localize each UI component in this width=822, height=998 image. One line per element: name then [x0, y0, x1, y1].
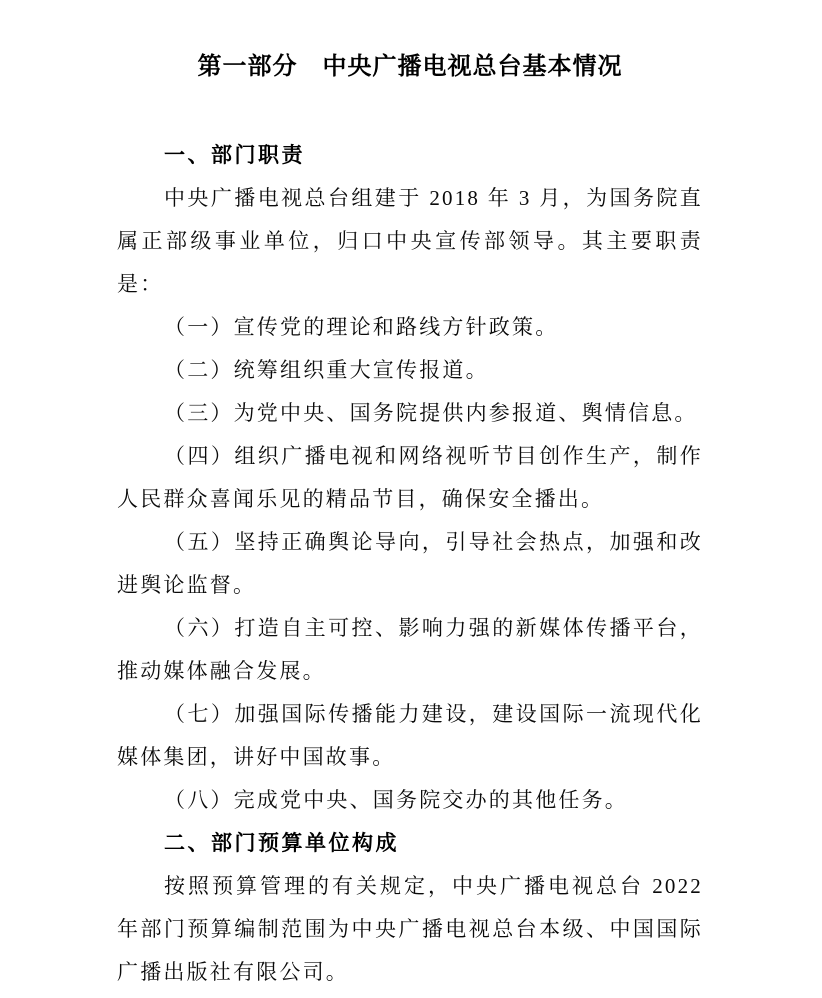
- paragraph-duty-3: （三）为党中央、国务院提供内参报道、舆情信息。: [117, 392, 703, 435]
- paragraph-duty-7: （七）加强国际传播能力建设，建设国际一流现代化媒体集团，讲好中国故事。: [117, 693, 703, 779]
- paragraph-duty-2: （二）统筹组织重大宣传报道。: [117, 349, 703, 392]
- paragraph-duty-8: （八）完成党中央、国务院交办的其他任务。: [117, 779, 703, 822]
- section-heading-budget-units: 二、部门预算单位构成: [117, 822, 703, 865]
- document-page: 第一部分 中央广播电视总台基本情况 一、部门职责 中央广播电视总台组建于 201…: [0, 0, 822, 998]
- paragraph-duty-5: （五）坚持正确舆论导向，引导社会热点，加强和改进舆论监督。: [117, 521, 703, 607]
- document-title: 第一部分 中央广播电视总台基本情况: [117, 53, 703, 81]
- paragraph-duty-4: （四）组织广播电视和网络视听节目创作生产，制作人民群众喜闻乐见的精品节目，确保安…: [117, 435, 703, 521]
- section-heading-duties: 一、部门职责: [117, 134, 703, 177]
- paragraph-intro: 中央广播电视总台组建于 2018 年 3 月，为国务院直属正部级事业单位，归口中…: [117, 177, 703, 306]
- paragraph-duty-6: （六）打造自主可控、影响力强的新媒体传播平台，推动媒体融合发展。: [117, 607, 703, 693]
- paragraph-duty-1: （一）宣传党的理论和路线方针政策。: [117, 306, 703, 349]
- paragraph-budget-scope: 按照预算管理的有关规定，中央广播电视总台 2022 年部门预算编制范围为中央广播…: [117, 865, 703, 994]
- document-body: 一、部门职责 中央广播电视总台组建于 2018 年 3 月，为国务院直属正部级事…: [117, 134, 703, 994]
